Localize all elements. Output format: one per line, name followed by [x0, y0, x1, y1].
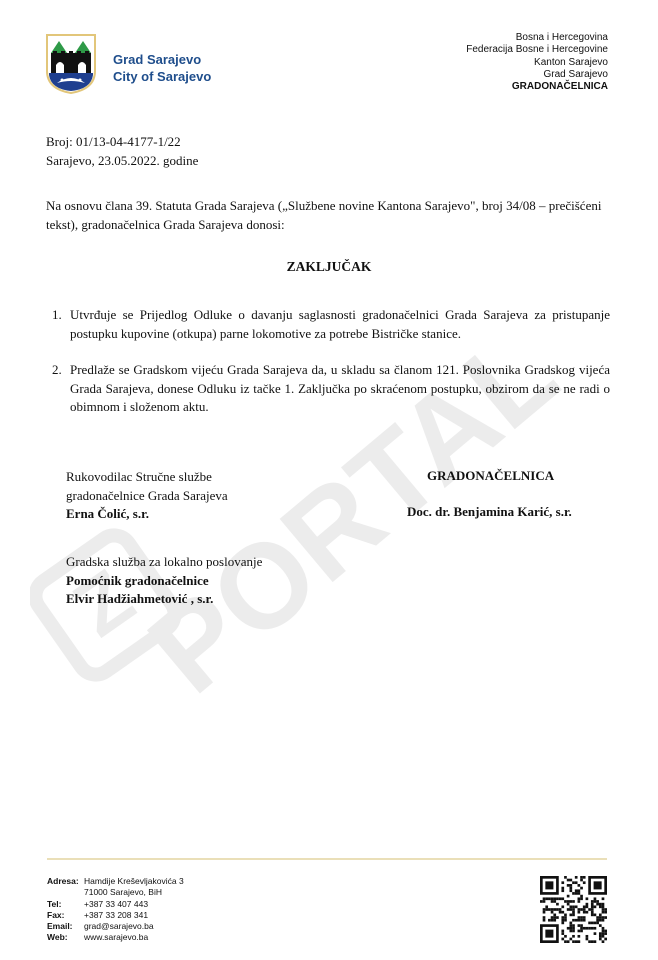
brand-name: Grad Sarajevo City of Sarajevo — [113, 51, 211, 85]
footer-divider — [47, 858, 607, 860]
document-title: ZAKLJUČAK — [0, 259, 658, 275]
contact-email[interactable]: grad@sarajevo.ba — [84, 921, 154, 932]
gov-line: Bosna i Hercegovina — [466, 32, 608, 44]
contact-web[interactable]: www.sarajevo.ba — [84, 932, 148, 943]
contact-value: 71000 Sarajevo, BiH — [84, 887, 162, 898]
item-text: Predlaže se Gradskom vijeću Grada Saraje… — [70, 362, 610, 414]
contact-label: Fax: — [47, 910, 84, 921]
brand-line-local: Grad Sarajevo — [113, 51, 211, 68]
document-reference: Broj: 01/13-04-4177-1/22 Sarajevo, 23.05… — [46, 132, 198, 170]
contact-label — [47, 887, 84, 898]
brand-line-english: City of Sarajevo — [113, 68, 211, 85]
reference-number: Broj: 01/13-04-4177-1/22 — [46, 132, 198, 151]
contact-row: Email:grad@sarajevo.ba — [47, 921, 184, 932]
contact-row: Web:www.sarajevo.ba — [47, 932, 184, 943]
signature-left-name: Erna Čolić, s.r. — [66, 505, 228, 524]
government-hierarchy: Bosna i Hercegovina Federacija Bosne i H… — [466, 32, 608, 93]
signature-left-line2: gradonačelnice Grada Sarajeva — [66, 487, 228, 506]
list-item: 1. Utvrđuje se Prijedlog Odluke o davanj… — [50, 306, 610, 343]
contact-value: Hamdije Kreševljakovića 3 — [84, 876, 184, 887]
contact-row: Fax:+387 33 208 341 — [47, 910, 184, 921]
contact-row: Adresa:Hamdije Kreševljakovića 3 — [47, 876, 184, 887]
gov-line: Federacija Bosne i Hercegovine — [466, 44, 608, 56]
contact-value: +387 33 208 341 — [84, 910, 148, 921]
place-date: Sarajevo, 23.05.2022. godine — [46, 151, 198, 170]
contact-row: 71000 Sarajevo, BiH — [47, 887, 184, 898]
signature-bottom: Gradska služba za lokalno poslovanje Pom… — [66, 553, 262, 609]
contact-value: +387 33 407 443 — [84, 899, 148, 910]
document-page: Grad Sarajevo City of Sarajevo Bosna i H… — [0, 0, 658, 960]
contact-label: Tel: — [47, 899, 84, 910]
qr-code-icon — [540, 876, 607, 943]
contact-label: Adresa: — [47, 876, 84, 887]
conclusion-items: 1. Utvrđuje se Prijedlog Odluke o davanj… — [50, 306, 610, 435]
contact-label: Web: — [47, 932, 84, 943]
signature-bottom-role: Pomoćnik gradonačelnice — [66, 572, 262, 591]
signature-bottom-name: Elvir Hadžiahmetović , s.r. — [66, 590, 262, 609]
contact-row: Tel:+387 33 407 443 — [47, 899, 184, 910]
gov-line: Kanton Sarajevo — [466, 57, 608, 69]
intro-paragraph: Na osnovu člana 39. Statuta Grada Saraje… — [46, 196, 611, 234]
gov-office: GRADONAČELNICA — [466, 81, 608, 93]
list-item: 2. Predlaže se Gradskom vijeću Grada Sar… — [50, 361, 610, 417]
signature-left: Rukovodilac Stručne službe gradonačelnic… — [66, 468, 228, 524]
item-text: Utvrđuje se Prijedlog Odluke o davanju s… — [70, 307, 610, 341]
item-number: 1. — [52, 306, 62, 325]
signature-right-title: GRADONAČELNICA — [427, 468, 554, 484]
contact-block: Adresa:Hamdije Kreševljakovića 3 71000 S… — [47, 876, 184, 944]
signature-bottom-dept: Gradska služba za lokalno poslovanje — [66, 553, 262, 572]
contact-label: Email: — [47, 921, 84, 932]
item-number: 2. — [52, 361, 62, 380]
signature-left-line1: Rukovodilac Stručne službe — [66, 468, 228, 487]
signature-right-name: Doc. dr. Benjamina Karić, s.r. — [407, 504, 572, 520]
gov-line: Grad Sarajevo — [466, 69, 608, 81]
coat-of-arms-icon — [45, 33, 97, 95]
